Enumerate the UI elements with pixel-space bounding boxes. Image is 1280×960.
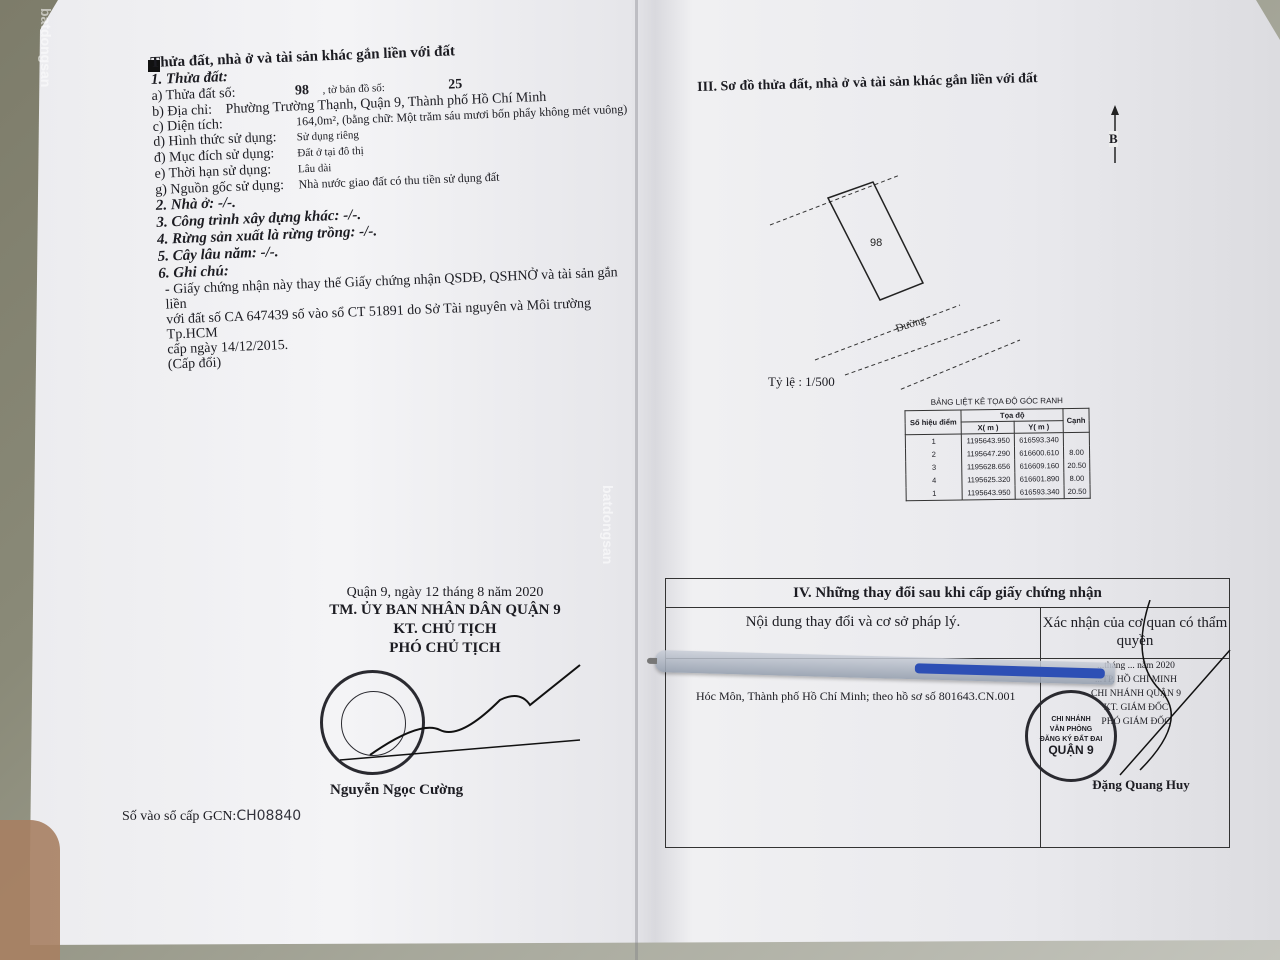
map-scale: Tỷ lệ : 1/500	[768, 374, 835, 390]
north-arrow-icon: B	[1105, 105, 1125, 165]
svg-text:98: 98	[870, 237, 882, 249]
changes-col-content: Nội dung thay đổi và cơ sở pháp lý.	[666, 608, 1041, 658]
signing-date: Quận 9, ngày 12 tháng 8 năm 2020	[300, 585, 590, 601]
signing-role: PHÓ CHỦ TỊCH	[300, 639, 590, 658]
table-row: 11195643.950616593.34020.50	[906, 485, 1090, 501]
signature-block: Quận 9, ngày 12 tháng 8 năm 2020 TM. ỦY …	[300, 585, 590, 658]
signer-name: Nguyễn Ngọc Cường	[330, 782, 490, 799]
coordinate-table-title: BẢNG LIỆT KÊ TỌA ĐỘ GÓC RANH	[904, 396, 1089, 408]
register-number: Số vào sổ cấp GCN:CH08840	[122, 808, 301, 825]
signing-org: TM. ỦY BAN NHÂN DÂN QUẬN 9	[300, 601, 590, 620]
watermark-top: batdongsan	[38, 8, 54, 87]
parcel-diagram: 98 Đường	[760, 160, 1060, 390]
coordinate-table: BẢNG LIỆT KÊ TỌA ĐỘ GÓC RANH Số hiệu điể…	[904, 396, 1090, 502]
foot	[0, 820, 60, 960]
page-fold	[635, 0, 638, 960]
officer-signature	[1100, 600, 1240, 780]
parcel-number: 98	[295, 83, 310, 99]
land-info-section: Thửa đất, nhà ở và tài sản khác gắn liền…	[150, 37, 642, 373]
watermark-center: batdongsan	[600, 485, 616, 564]
svg-text:Đường: Đường	[894, 314, 927, 335]
map-sheet-number: 25	[448, 77, 463, 93]
signing-role: KT. CHỦ TỊCH	[300, 620, 590, 639]
signature-scribble	[330, 660, 590, 770]
change-entry: Hóc Môn, Thành phố Hồ Chí Minh; theo hồ …	[696, 689, 1015, 704]
